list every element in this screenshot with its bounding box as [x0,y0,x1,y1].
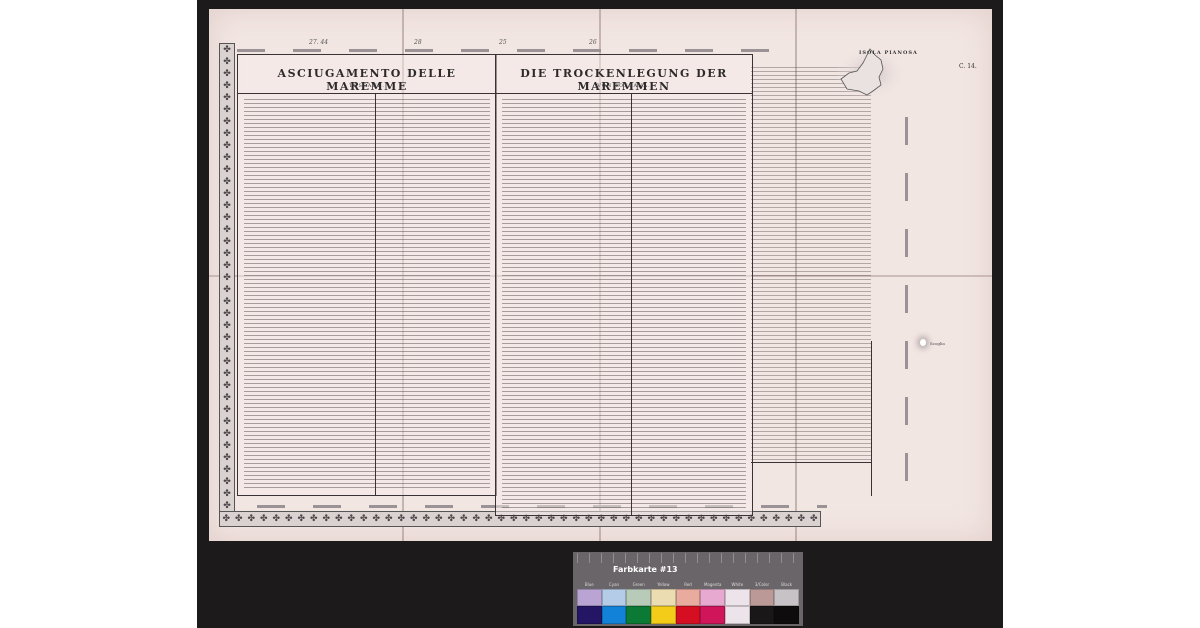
ornamental-border-left: ✤✤✤✤✤✤✤✤✤✤✤✤✤✤✤✤✤✤✤✤✤✤✤✤✤✤✤✤✤✤✤✤✤✤✤✤✤✤✤✤ [219,43,235,525]
color-patch [700,606,725,624]
color-patch [700,589,725,606]
body-text [244,99,490,489]
color-patch [626,589,651,606]
color-patch [651,606,676,624]
patch-label: Cyan [602,582,627,587]
degree-label: 25 [499,39,507,46]
plate-number: C. 14. [959,63,977,70]
panel-subtitle: VON TOSCANA. [496,83,752,89]
color-patch [774,606,799,624]
patch-label: Blue [577,582,602,587]
color-patch [651,589,676,606]
panel-title: DIE TROCKENLEGUNG DER MAREMMEN [496,67,752,93]
panel-divider [238,93,496,94]
color-patch [602,606,627,624]
color-patch [750,589,775,606]
ruler-scale [577,553,799,563]
islet-marker [920,339,926,346]
patch-label: Magenta [700,582,725,587]
panel-divider [496,93,752,94]
color-patch [602,589,627,606]
panel-subtitle: TOSCANE. [238,83,496,89]
patch-label: Green [626,582,651,587]
islet-label: Scoglio [930,341,945,346]
color-patch [577,589,602,606]
color-patch [626,606,651,624]
text-rule [871,341,872,496]
degree-label: 27. 44 [309,39,328,46]
german-text-panel: DIE TROCKENLEGUNG DER MAREMMEN VON TOSCA… [495,54,753,516]
body-text [502,99,746,509]
patch-label: White [725,582,750,587]
italian-text-panel: ASCIUGAMENTO DELLE MAREMME TOSCANE. [237,54,497,496]
degree-scale-top [237,49,797,52]
patch-label: Red [676,582,701,587]
panel-title: ASCIUGAMENTO DELLE MAREMME [238,67,496,93]
text-rule [751,462,871,463]
patch-label: 3/Color [750,582,775,587]
degree-scale-right [905,117,908,507]
color-patch [676,606,701,624]
continuation-text [751,67,871,462]
degree-label: 26 [589,39,597,46]
color-patch [750,606,775,624]
color-patch [725,589,750,606]
color-patch [577,606,602,624]
patch-label: Black [774,582,799,587]
island-label: ISOLA PIANOSA [859,50,918,56]
degree-label: 28 [414,39,422,46]
patch-labels: Blue Cyan Green Yellow Red Magenta White… [577,582,799,587]
color-calibration-chart: Farbkarte #13 Blue Cyan Green Yellow Red… [573,552,803,626]
color-patches [577,589,799,624]
patch-label: Yellow [651,582,676,587]
color-patch [725,606,750,624]
chart-title: Farbkarte #13 [613,565,678,574]
color-patch [676,589,701,606]
map-sheet: 27. 44 28 25 26 32 24 28 C. 14. ✤✤✤✤✤✤✤✤… [209,9,992,541]
color-patch [774,589,799,606]
